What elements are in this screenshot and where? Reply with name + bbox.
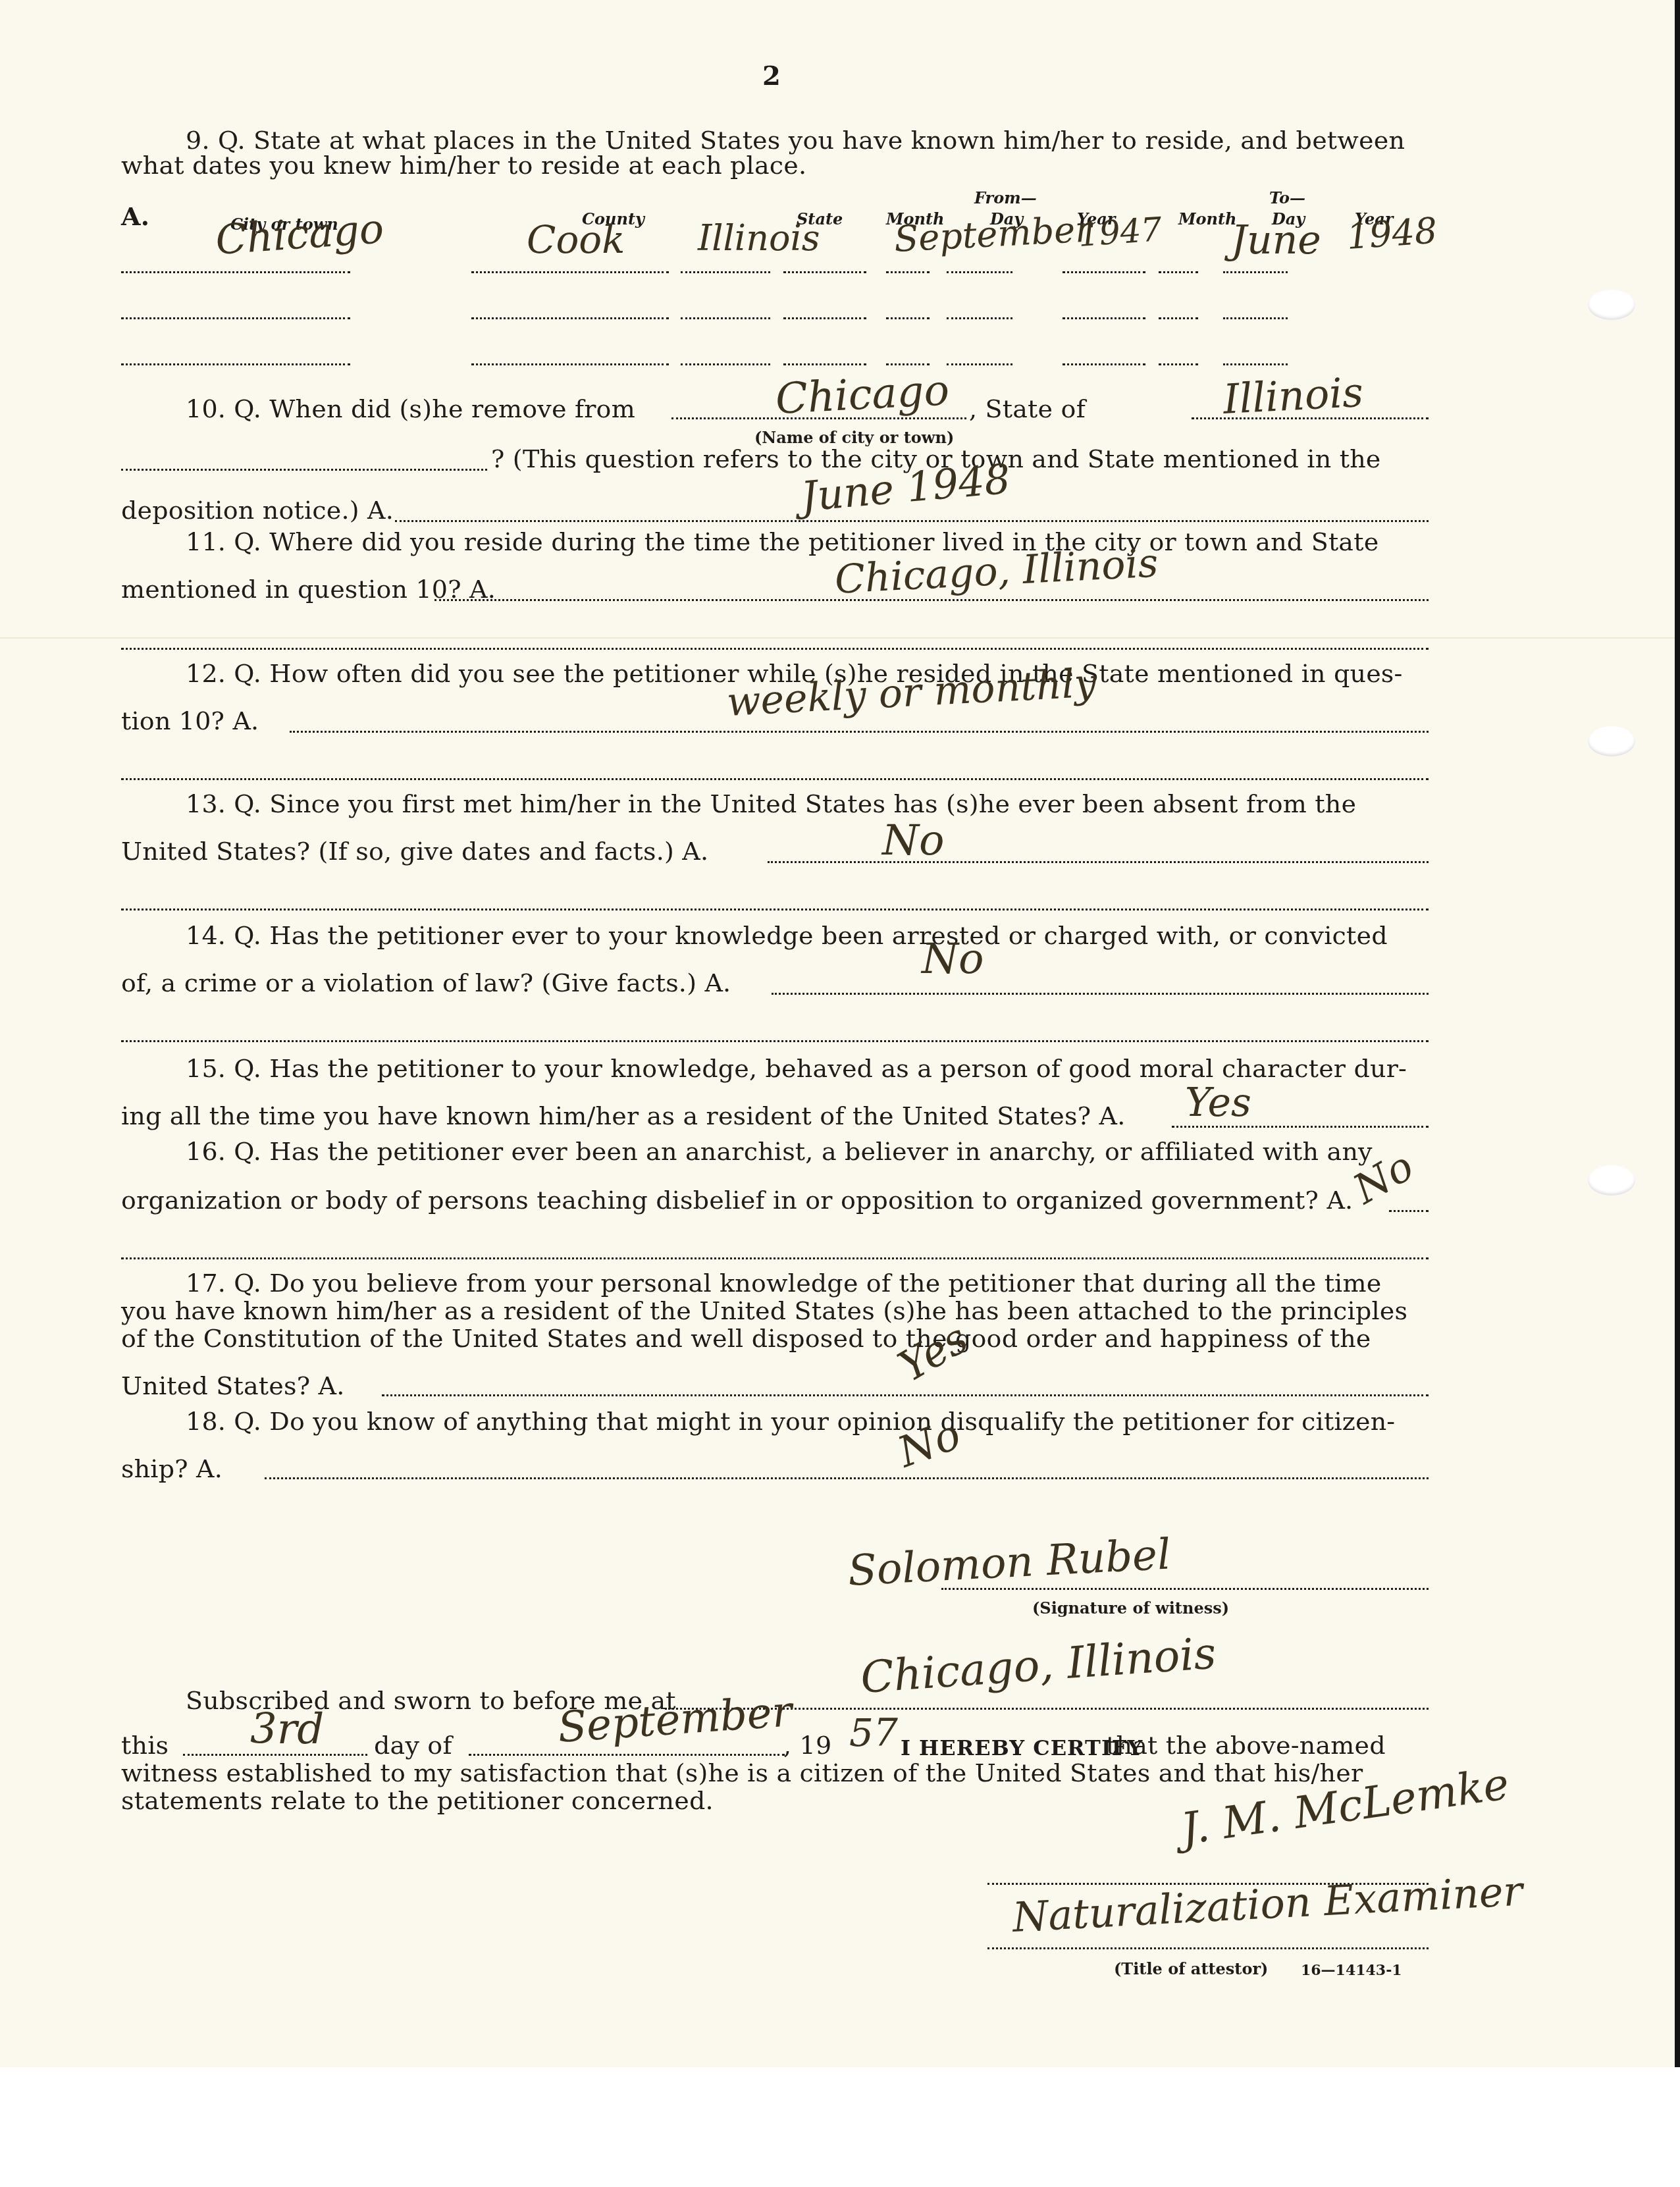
q9-col-from-label: From— <box>974 188 1037 207</box>
page-number: 2 <box>762 61 781 92</box>
q14-answer: No <box>922 935 984 984</box>
witness-signature: Solomon Rubel <box>847 1530 1172 1596</box>
q9-question-line2: what dates you knew him/her to reside at… <box>121 150 806 180</box>
q14-extra-line[interactable] <box>121 1040 1429 1042</box>
q9-row1-to-month: June <box>1231 217 1321 263</box>
oath-year-prefix: , 19 <box>783 1730 831 1760</box>
q9-row1-to-year: 1948 <box>1346 210 1438 257</box>
q9-row2-county-line[interactable] <box>471 317 669 319</box>
witness-signature-line[interactable] <box>941 1588 1429 1590</box>
q17-question-line2: you have known him/her as a resident of … <box>121 1296 1407 1326</box>
q18-answer-line[interactable] <box>265 1477 1429 1479</box>
q11-question-line1: 11. Q. Where did you reside during the t… <box>186 527 1378 557</box>
q16-answer-line[interactable] <box>1389 1210 1429 1212</box>
q10-answer-line[interactable] <box>395 520 1429 522</box>
q17-question-line3: of the Constitution of the United States… <box>121 1323 1371 1354</box>
q9-row3-to-year-line[interactable] <box>1223 363 1288 365</box>
q9-row1-from-year-line[interactable] <box>947 271 1012 273</box>
q13-answer-line[interactable] <box>768 861 1429 863</box>
q9-row2-city-line[interactable] <box>121 317 350 319</box>
oath-year: 57 <box>849 1710 898 1755</box>
q9-row3-to-month-line[interactable] <box>1063 363 1145 365</box>
q10-question-part3: deposition notice.) A. <box>121 495 394 525</box>
attestor-title-caption: (Title of attestor) <box>1114 1959 1268 1978</box>
q9-row1-to-day-line[interactable] <box>1159 271 1198 273</box>
q9-col-to-label: To— <box>1269 188 1305 207</box>
q10-city-answer: Chicago <box>774 366 951 424</box>
q14-question-line1: 14. Q. Has the petitioner ever to your k… <box>186 920 1388 951</box>
q13-extra-line[interactable] <box>121 909 1429 910</box>
q16-question-line2: organization or body of persons teaching… <box>121 1185 1353 1215</box>
q9-row1-to-month-line[interactable] <box>1063 271 1145 273</box>
q9-row1-city: Chicago <box>214 204 385 264</box>
q9-row1-to-year-line[interactable] <box>1223 271 1288 273</box>
q9-row3-state-line[interactable] <box>681 363 770 365</box>
q11-answer-line[interactable] <box>434 599 1429 601</box>
q10-state-answer: Illinois <box>1222 368 1364 423</box>
q10-state-label: , State of <box>969 394 1086 424</box>
q17-answer-line[interactable] <box>382 1394 1429 1396</box>
document-page: 2 9. Q. State at what places in the Unit… <box>0 0 1675 2067</box>
q9-row1-state-line[interactable] <box>681 271 770 273</box>
oath-day-of-label: day of <box>374 1730 452 1760</box>
punch-hole <box>1588 1165 1635 1196</box>
witness-signature-caption: (Signature of witness) <box>1032 1598 1229 1618</box>
q9-row1-from-month-line[interactable] <box>783 271 866 273</box>
q13-question-line2: United States? (If so, give dates and fa… <box>121 836 708 866</box>
q13-question-line1: 13. Q. Since you first met him/her in th… <box>186 789 1356 819</box>
q14-answer-line[interactable] <box>772 993 1429 995</box>
q10-blank-line[interactable] <box>121 469 487 471</box>
q12-answer-line[interactable] <box>290 731 1429 733</box>
punch-hole <box>1588 290 1635 320</box>
q16-extra-line[interactable] <box>121 1257 1429 1259</box>
oath-this-label: this <box>121 1730 169 1760</box>
punch-hole <box>1588 726 1635 756</box>
oath-month-line[interactable] <box>469 1754 785 1756</box>
q9-row3-county-line[interactable] <box>471 363 669 365</box>
q12-extra-line[interactable] <box>121 778 1429 780</box>
q9-row2-state-line[interactable] <box>681 317 770 319</box>
q15-question-line2: ing all the time you have known him/her … <box>121 1101 1125 1131</box>
q14-question-line2: of, a crime or a violation of law? (Give… <box>121 968 731 998</box>
q11-extra-line[interactable] <box>121 648 1429 650</box>
q13-answer: No <box>882 816 945 865</box>
q9-row2-from-day-line[interactable] <box>886 317 930 319</box>
q15-answer: Yes <box>1185 1080 1251 1126</box>
oath-day-line[interactable] <box>183 1754 367 1756</box>
q9-row3-from-day-line[interactable] <box>886 363 930 365</box>
q9-row3-city-line[interactable] <box>121 363 350 365</box>
q9-row2-from-month-line[interactable] <box>783 317 866 319</box>
form-number: 16—14143-1 <box>1301 1962 1402 1979</box>
q9-row2-to-year-line[interactable] <box>1223 317 1288 319</box>
q9-row1-county-line[interactable] <box>471 271 669 273</box>
oath-certify-rest: that the above-named <box>1106 1730 1386 1760</box>
q9-row1-from-day-line[interactable] <box>886 271 930 273</box>
q9-row2-to-month-line[interactable] <box>1063 317 1145 319</box>
oath-line4: statements relate to the petitioner conc… <box>121 1785 714 1816</box>
q18-question-line1: 18. Q. Do you know of anything that migh… <box>186 1406 1395 1436</box>
q10-question-part1: 10. Q. When did (s)he remove from <box>186 394 635 424</box>
q9-row3-from-year-line[interactable] <box>947 363 1012 365</box>
q16-question-line1: 16. Q. Has the petitioner ever been an a… <box>186 1136 1373 1167</box>
q9-row1-city-line[interactable] <box>121 271 350 273</box>
q9-row1-from-year: 1947 <box>1077 210 1163 254</box>
q9-row1-state: Illinois <box>698 217 820 259</box>
q15-answer-line[interactable] <box>1172 1126 1429 1128</box>
q9-answer-marker: A. <box>121 201 149 232</box>
q17-question-line1: 17. Q. Do you believe from your personal… <box>186 1268 1381 1298</box>
attestor-title-line[interactable] <box>987 1947 1429 1949</box>
q9-row2-to-day-line[interactable] <box>1159 317 1198 319</box>
oath-day: 3rd <box>250 1705 324 1754</box>
q12-question-line2: tion 10? A. <box>121 706 259 736</box>
scan-edge <box>1675 0 1680 2067</box>
q17-question-line4: United States? A. <box>121 1371 344 1401</box>
q9-row1-county: Cook <box>527 217 625 262</box>
paper-fold <box>0 637 1675 639</box>
q9-row3-from-month-line[interactable] <box>783 363 866 365</box>
oath-line3: witness established to my satisfaction t… <box>121 1758 1363 1788</box>
q18-question-line2: ship? A. <box>121 1454 223 1484</box>
q9-row3-to-day-line[interactable] <box>1159 363 1198 365</box>
q9-col-to-month: Month <box>1178 209 1237 228</box>
oath-place: Chicago, Illinois <box>859 1627 1218 1703</box>
q9-row2-from-year-line[interactable] <box>947 317 1012 319</box>
attestor-title: Naturalization Examiner <box>1011 1867 1523 1941</box>
